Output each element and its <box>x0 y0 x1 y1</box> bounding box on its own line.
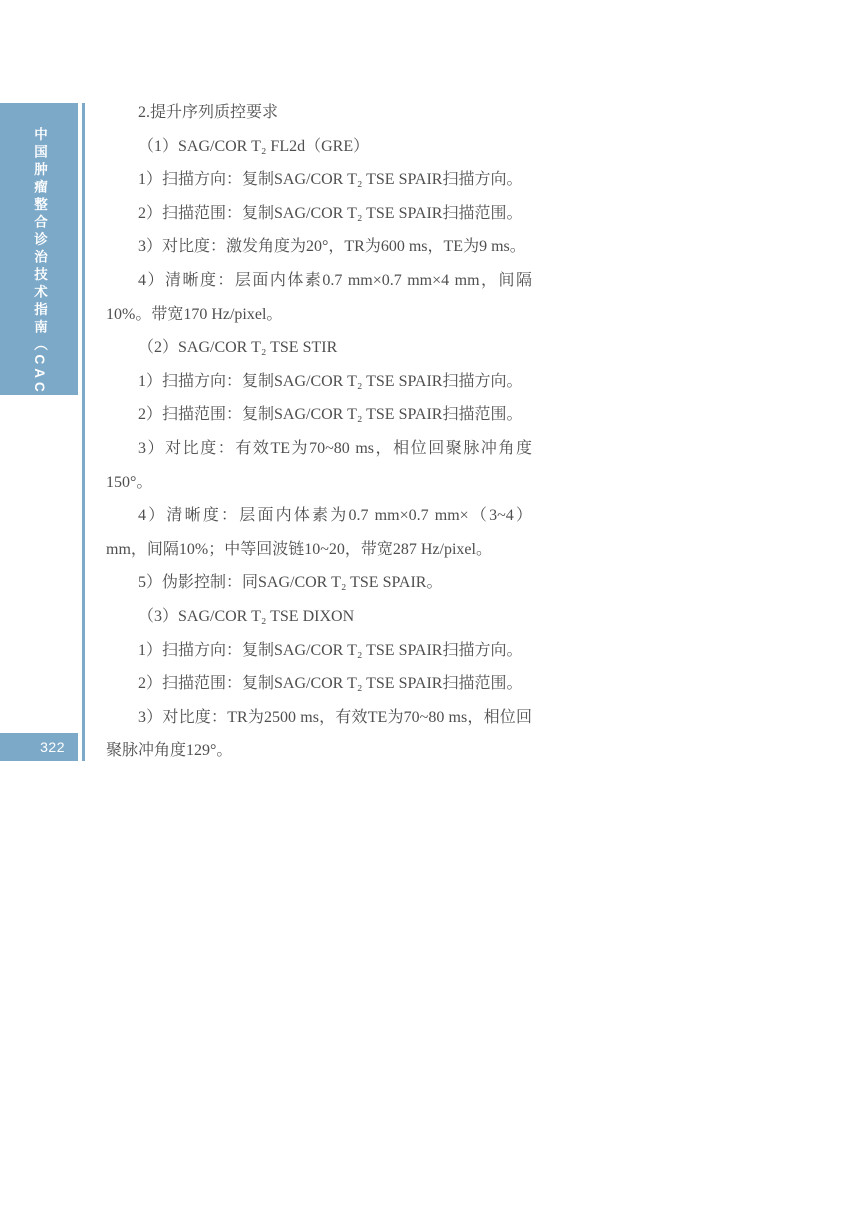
subsection-heading: （2）SAG/COR T₂ TSE STIR <box>106 331 532 365</box>
body-paragraph: 1）扫描方向：复制SAG/COR T₂ TSE SPAIR扫描方向。 <box>106 365 532 399</box>
body-paragraph: 4）清晰度：层面内体素0.7 mm×0.7 mm×4 mm，间隔10%。带宽17… <box>106 264 532 331</box>
sidebar-title: 中国肿瘤整合诊治技术指南（CACA） <box>29 127 49 427</box>
body-paragraph: 3）对比度：有效TE为70~80 ms，相位回聚脉冲角度150°。 <box>106 432 532 499</box>
body-paragraph: 2）扫描范围：复制SAG/COR T₂ TSE SPAIR扫描范围。 <box>106 667 532 701</box>
subsection-heading: （3）SAG/COR T₂ TSE DIXON <box>106 600 532 634</box>
subsection-heading: （1）SAG/COR T₂ FL2d（GRE） <box>106 130 532 164</box>
page-number: 322 <box>40 733 65 761</box>
body-paragraph: 4）清晰度：层面内体素为0.7 mm×0.7 mm×（3~4）mm，间隔10%；… <box>106 499 532 566</box>
body-paragraph: 2）扫描范围：复制SAG/COR T₂ TSE SPAIR扫描范围。 <box>106 398 532 432</box>
document-page: 中国肿瘤整合诊治技术指南（CACA） 322 2.提升序列质控要求 （1）SAG… <box>0 0 867 1218</box>
body-paragraph: 2）扫描范围：复制SAG/COR T₂ TSE SPAIR扫描范围。 <box>106 197 532 231</box>
body-paragraph: 3）对比度：TR为2500 ms，有效TE为70~80 ms，相位回聚脉冲角度1… <box>106 701 532 768</box>
body-paragraph: 5）伪影控制：同SAG/COR T₂ TSE SPAIR。 <box>106 566 532 600</box>
body-paragraph: 3）对比度：激发角度为20°，TR为600 ms，TE为9 ms。 <box>106 230 532 264</box>
body-paragraph: 1）扫描方向：复制SAG/COR T₂ TSE SPAIR扫描方向。 <box>106 163 532 197</box>
sidebar-band: 中国肿瘤整合诊治技术指南（CACA） <box>0 103 78 395</box>
sidebar-divider-line <box>82 103 85 761</box>
body-paragraph: 1）扫描方向：复制SAG/COR T₂ TSE SPAIR扫描方向。 <box>106 634 532 668</box>
section-heading: 2.提升序列质控要求 <box>106 96 532 130</box>
page-number-badge: 322 <box>0 733 78 761</box>
main-text-block: 2.提升序列质控要求 （1）SAG/COR T₂ FL2d（GRE） 1）扫描方… <box>106 96 532 768</box>
